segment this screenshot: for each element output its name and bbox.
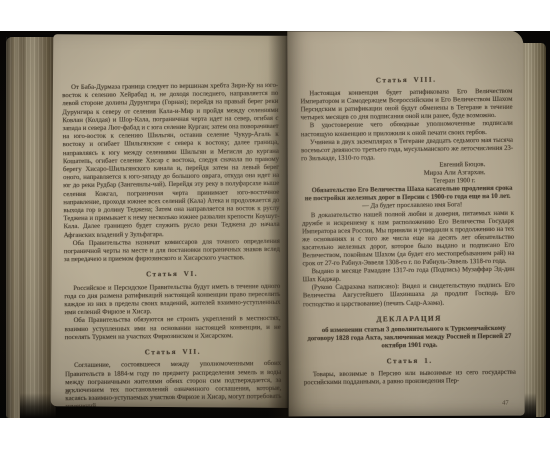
open-book-photo: От Баба-Дурмаза граница следует по верши… (0, 31, 550, 418)
declaration-article-1-heading: Статья 1. (304, 356, 516, 367)
book-left-cover-edge (6, 37, 56, 418)
declaration-heading: ДЕКЛАРАЦИЯ (303, 313, 515, 324)
left-page-text: От Баба-Дурмаза граница следует по верши… (62, 82, 281, 408)
article-7-heading: Статья VII. (65, 347, 281, 357)
right-page-text: Статья VIII. Настоящая конвенция будет р… (300, 68, 516, 388)
obligation-paragraph-1: В доказательство нашей полной любви и до… (302, 209, 515, 268)
right-page: Статья VIII. Настоящая конвенция будет р… (287, 31, 524, 416)
article-6-paragraph-2: Оба Правительства обязуются не строить у… (65, 315, 281, 342)
article-6-paragraph-1: Российское и Персидское Правительства бу… (64, 283, 280, 318)
article-7-paragraph-1: Соглашение, состоявшееся между уполномоч… (65, 360, 282, 408)
right-page-number: 47 (502, 400, 509, 407)
book-product-image: От Баба-Дурмаза граница следует по верши… (0, 0, 550, 450)
book-right-page-edges (522, 43, 546, 417)
declaration-subtitle: об изменении статьи 3 дополнительного к … (303, 324, 515, 351)
left-page-number: 46 (65, 389, 72, 396)
border-description-paragraph: От Баба-Дурмаза граница следует по верши… (62, 82, 280, 240)
left-page: От Баба-Дурмаза граница следует по верши… (51, 34, 291, 408)
obligation-paragraph-3: (Рукою Садразама написано): Видел и свид… (303, 282, 515, 309)
commissars-paragraph: Оба Правительства назначат комиссаров дл… (64, 238, 280, 265)
article-8-heading: Статья VIII. (300, 75, 512, 86)
article-6-heading: Статья VI. (64, 269, 280, 279)
declaration-article-1-paragraph: Товары, ввозимые в Персию или вывозимые … (304, 369, 516, 388)
article-8-paragraph-1: Настоящая конвенция будет ратификована Е… (300, 88, 512, 123)
article-8-paragraph-3: Учинена в двух экземплярах в Тегеране дв… (301, 136, 513, 163)
obligation-title: Обязательство Его Величества Шаха касате… (302, 185, 514, 204)
